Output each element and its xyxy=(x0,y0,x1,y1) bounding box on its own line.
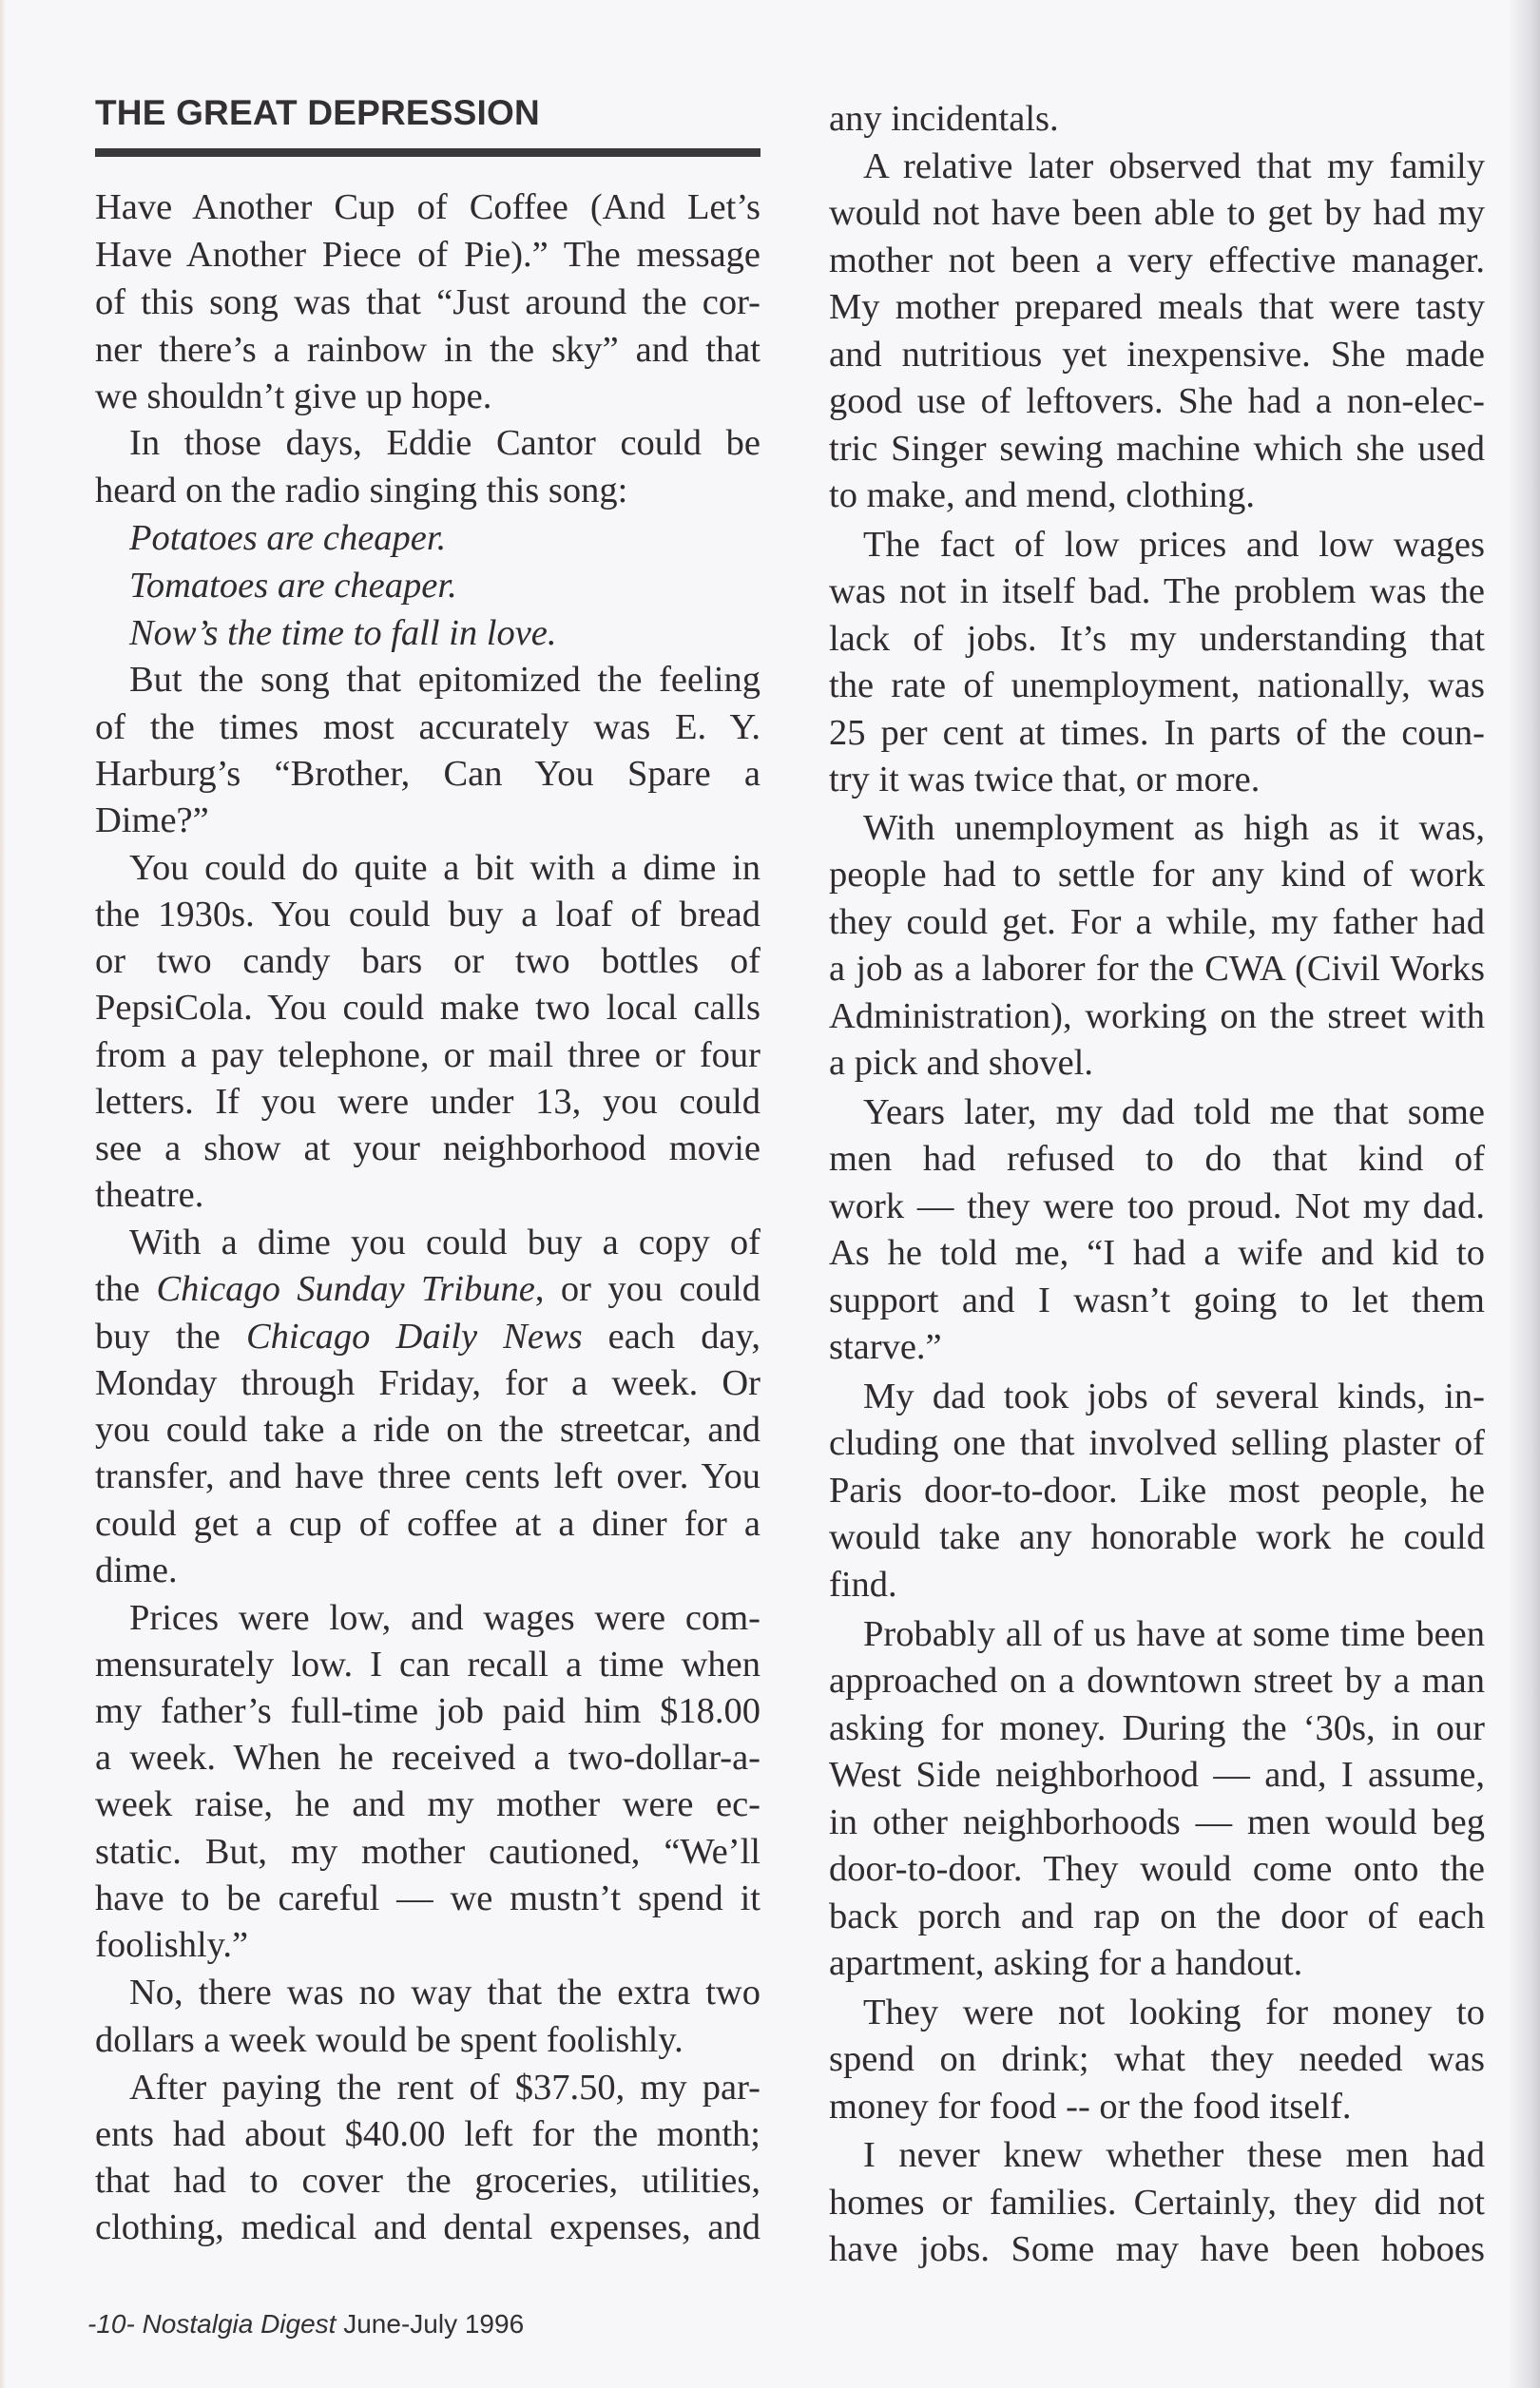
text-line: work — they were too proud. Not my dad. xyxy=(829,1185,1485,1227)
text-line: I never knew whether these men had xyxy=(829,2134,1485,2176)
text-line: foolishly.” xyxy=(95,1924,760,1966)
text-line: week raise, he and my mother were ec- xyxy=(95,1783,760,1825)
text-line: from a pay telephone, or mail three or f… xyxy=(95,1034,760,1076)
text-line: people had to settle for any kind of wor… xyxy=(829,854,1485,895)
footer-publication: Nostalgia Digest xyxy=(143,2309,337,2339)
footer-issue: June-July 1996 xyxy=(343,2309,524,2339)
text-line: In those days, Eddie Cantor could be xyxy=(95,422,760,464)
text-line: a job as a laborer for the CWA (Civil Wo… xyxy=(829,948,1485,990)
text-line: or two candy bars or two bottles of xyxy=(95,940,760,982)
text-line: ner there’s a rainbow in the sky” and th… xyxy=(95,329,760,371)
text-line: asking for money. During the ‘30s, in ou… xyxy=(829,1707,1485,1749)
text-line: But the song that epitomized the feeling xyxy=(95,659,760,701)
text-line: the 1930s. You could buy a loaf of bread xyxy=(95,894,760,935)
footer-page-number: -10- xyxy=(87,2309,135,2339)
text-line: ents had about $40.00 left for the month… xyxy=(95,2113,760,2155)
text-line: they could get. For a while, my father h… xyxy=(829,901,1485,943)
text-line: a week. When he received a two-dollar-a- xyxy=(95,1737,760,1779)
text-line: we shouldn’t give up hope. xyxy=(95,376,760,417)
text-line: My mother prepared meals that were tasty xyxy=(829,286,1485,328)
text-line: to make, and mend, clothing. xyxy=(829,474,1485,516)
publication-title: Chicago Daily News xyxy=(246,1317,583,1357)
text-line: clothing, medical and dental expenses, a… xyxy=(95,2206,760,2248)
text-line: PepsiCola. You could make two local call… xyxy=(95,987,760,1029)
text-line: my father’s full-time job paid him $18.0… xyxy=(95,1690,760,1732)
text-line: As he told me, “I had a wife and kid to xyxy=(829,1232,1485,1274)
text-line: that had to cover the groceries, utiliti… xyxy=(95,2160,760,2202)
text-line: Administration), working on the street w… xyxy=(829,995,1485,1037)
text-line: static. But, my mother cautioned, “We’ll xyxy=(95,1831,760,1873)
text-line: Now’s the time to fall in love. xyxy=(95,612,760,654)
text-line: apartment, asking for a handout. xyxy=(829,1942,1485,1984)
text-line: was not in itself bad. The problem was t… xyxy=(829,570,1485,612)
text-line: the rate of unemployment, nationally, wa… xyxy=(829,664,1485,706)
text-line: Have Another Cup of Coffee (And Let’s xyxy=(95,186,760,228)
text-line: dime. xyxy=(95,1550,760,1591)
text-line: cluding one that involved selling plaste… xyxy=(829,1422,1485,1464)
section-rule xyxy=(95,148,760,157)
text-line: spend on drink; what they needed was xyxy=(829,2038,1485,2080)
text-line: would not have been able to get by had m… xyxy=(829,192,1485,234)
text-line: heard on the radio singing this song: xyxy=(95,470,760,511)
page-edge-shadow-right xyxy=(1508,0,1540,2388)
text-line: 25 per cent at times. In parts of the co… xyxy=(829,712,1485,754)
text-line: in other neighborhoods — men would beg xyxy=(829,1801,1485,1843)
text-line: No, there was no way that the extra two xyxy=(95,1972,760,2013)
page-edge-shadow-left xyxy=(0,0,6,2388)
text-line: Prices were low, and wages were com- xyxy=(95,1597,760,1639)
text-line: back porch and rap on the door of each xyxy=(829,1896,1485,1937)
text-line: try it was twice that, or more. xyxy=(829,759,1485,800)
text-line: My dad took jobs of several kinds, in- xyxy=(829,1376,1485,1417)
page-footer: -10- Nostalgia Digest June-July 1996 xyxy=(87,2308,524,2340)
text-line: a pick and shovel. xyxy=(829,1042,1485,1084)
text-line: mother not been a very effective manager… xyxy=(829,240,1485,281)
text-line: door-to-door. They would come onto the xyxy=(829,1848,1485,1890)
text-line: see a show at your neighborhood movie xyxy=(95,1127,760,1169)
text-line: transfer, and have three cents left over… xyxy=(95,1455,760,1497)
text-line: lack of jobs. It’s my understanding that xyxy=(829,618,1485,660)
text-line: find. xyxy=(829,1564,1485,1606)
text-line: Years later, my dad told me that some xyxy=(829,1091,1485,1133)
text-line: After paying the rent of $37.50, my par- xyxy=(95,2067,760,2109)
text-line: homes or families. Certainly, they did n… xyxy=(829,2182,1485,2224)
text-line: tric Singer sewing machine which she use… xyxy=(829,428,1485,470)
text-line: Probably all of us have at some time bee… xyxy=(829,1613,1485,1655)
text-line: could get a cup of coffee at a diner for… xyxy=(95,1503,760,1545)
text-line: dollars a week would be spent foolishly. xyxy=(95,2019,760,2061)
text-line: You could do quite a bit with a dime in xyxy=(95,847,760,889)
text-line: West Side neighborhood — and, I assume, xyxy=(829,1754,1485,1796)
text-line: With a dime you could buy a copy of xyxy=(95,1222,760,1263)
text-line: letters. If you were under 13, you could xyxy=(95,1081,760,1123)
text-line: With unemployment as high as it was, xyxy=(829,807,1485,849)
text-line: the Chicago Sunday Tribune, or you could xyxy=(95,1268,760,1310)
text-line: Potatoes are cheaper. xyxy=(95,517,760,559)
text-line: Dime?” xyxy=(95,799,760,841)
text-line: have to be careful — we mustn’t spend it xyxy=(95,1878,760,1919)
text-line: and nutritious yet inexpensive. She made xyxy=(829,334,1485,376)
text-line: Have Another Piece of Pie).” The message xyxy=(95,234,760,276)
text-line: have jobs. Some may have been hoboes xyxy=(829,2228,1485,2270)
text-line: of this song was that “Just around the c… xyxy=(95,281,760,323)
text-line: mensurately low. I can recall a time whe… xyxy=(95,1644,760,1685)
text-line: Harburg’s “Brother, Can You Spare a xyxy=(95,753,760,795)
text-line: support and I wasn’t going to let them xyxy=(829,1280,1485,1321)
text-line: good use of leftovers. She had a non-ele… xyxy=(829,380,1485,422)
text-line: theatre. xyxy=(95,1174,760,1216)
text-line: would take any honorable work he could xyxy=(829,1516,1485,1558)
publication-title: Chicago Sunday Tribune xyxy=(156,1269,534,1309)
text-line: They were not looking for money to xyxy=(829,1992,1485,2033)
text-line: starve.” xyxy=(829,1326,1485,1368)
text-line: you could take a ride on the streetcar, … xyxy=(95,1409,760,1451)
text-line: money for food -- or the food itself. xyxy=(829,2086,1485,2128)
text-line: Paris door-to-door. Like most people, he xyxy=(829,1470,1485,1512)
text-line: A relative later observed that my family xyxy=(829,145,1485,187)
text-line: buy the Chicago Daily News each day, xyxy=(95,1316,760,1358)
text-line: any incidentals. xyxy=(829,98,1485,140)
section-heading: THE GREAT DEPRESSION xyxy=(95,92,540,134)
text-line: of the times most accurately was E. Y. xyxy=(95,706,760,748)
text-line: men had refused to do that kind of xyxy=(829,1138,1485,1180)
text-line: approached on a downtown street by a man xyxy=(829,1660,1485,1702)
text-line: Tomatoes are cheaper. xyxy=(95,565,760,607)
text-line: Monday through Friday, for a week. Or xyxy=(95,1362,760,1404)
text-line: The fact of low prices and low wages xyxy=(829,524,1485,566)
